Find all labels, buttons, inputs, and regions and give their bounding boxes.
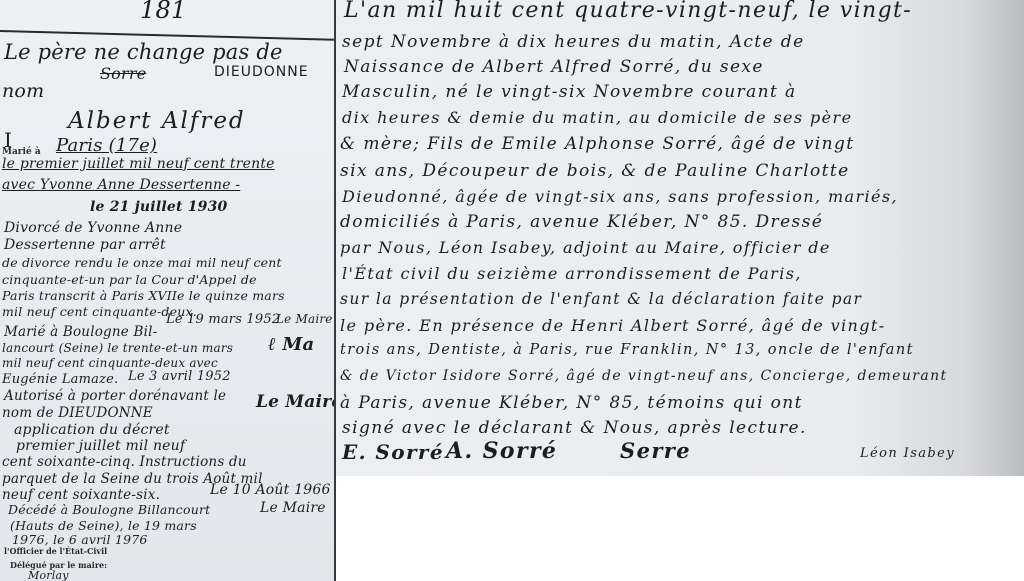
- record-line-10: l'État civil du seizième arrondissement …: [342, 264, 802, 283]
- birth-record-page: L'an mil huit cent quatre-vingt-neuf, le…: [336, 0, 1024, 476]
- record-line-14: & de Victor Isidore Sorré, âgé de vingt-…: [340, 368, 948, 384]
- header-rule: [0, 30, 334, 40]
- marie-place: Paris (17e): [56, 135, 157, 156]
- record-line-9: par Nous, Léon Isabey, adjoint au Maire,…: [340, 238, 831, 257]
- divorce-stamp-date: Le 19 mars 1952: [166, 312, 280, 327]
- record-line-0: L'an mil huit cent quatre-vingt-neuf, le…: [344, 0, 912, 23]
- signature-declarant: A. Sorré: [446, 438, 557, 464]
- record-line-13: trois ans, Dentiste, à Paris, rue Frankl…: [340, 342, 914, 358]
- margin-annotations-page: 181 Le père ne change pas de Sorre DIEUD…: [0, 0, 336, 581]
- record-line-7: Dieudonné, âgée de vingt-six ans, sans p…: [342, 187, 898, 206]
- death-annotation: Le Maire: [260, 500, 326, 516]
- divorce-annotation: Le Maire: [276, 312, 333, 326]
- new-surname: DIEUDONNE: [214, 64, 309, 80]
- record-line-5: & mère; Fils de Emile Alphonse Sorré, âg…: [340, 134, 855, 154]
- record-line-15: à Paris, avenue Kléber, N° 85, témoins q…: [340, 393, 803, 413]
- struck-surname: Sorre: [100, 64, 146, 83]
- authorization-line-0: Autorisé à porter dorénavant le: [4, 388, 226, 404]
- death-line-0: Décédé à Boulogne Billancourt: [8, 502, 210, 517]
- divorce-line-0: Divorcé de Yvonne Anne: [4, 220, 182, 236]
- margin-note-line2: nom: [2, 80, 44, 102]
- divorce-line-3: cinquante-et-un par la Cour d'Appel de: [2, 272, 257, 287]
- record-line-4: dix heures & demie du matin, au domicile…: [342, 108, 852, 127]
- record-line-8: domiciliés à Paris, avenue Kléber, N° 85…: [340, 212, 823, 232]
- marie-stamp-date: le 21 juillet 1930: [90, 199, 227, 215]
- marie-spouse: avec Yvonne Anne Dessertenne -: [2, 177, 240, 193]
- marie-date: le premier juillet mil neuf cent trente: [2, 156, 275, 172]
- record-line-3: Masculin, né le vingt-six Novembre coura…: [342, 82, 797, 102]
- authorization-line-6: neuf cent soixante-six.: [2, 487, 160, 503]
- record-line-16: signé avec le déclarant & Nous, après le…: [342, 418, 807, 438]
- authorization-line-3: premier juillet mil neuf: [16, 438, 185, 454]
- record-line-6: six ans, Découpeur de bois, & de Pauline…: [340, 161, 850, 181]
- signature-officer: Léon Isabey: [860, 446, 955, 461]
- death-line-2: 1976, le 6 avril 1976: [12, 532, 148, 547]
- record-line-1: sept Novembre à dix heures du matin, Act…: [342, 32, 805, 52]
- divorce-line-2: de divorce rendu le onze mai mil neuf ce…: [2, 255, 282, 270]
- record-line-11: sur la présentation de l'enfant & la déc…: [340, 290, 862, 308]
- authorization-line-4: cent soixante-cinq. Instructions du: [2, 454, 247, 470]
- given-names: Albert Alfred: [68, 108, 246, 134]
- record-line-12: le père. En présence de Henri Albert Sor…: [340, 316, 886, 335]
- record-line-2: Naissance de Albert Alfred Sorré, du sex…: [344, 57, 764, 77]
- remarriage-signature: ℓ Ma: [268, 334, 314, 355]
- remarriage-line-3: Eugénie Lamaze.: [2, 372, 118, 387]
- remarriage-line-1: lancourt (Seine) le trente-et-un mars: [2, 341, 233, 355]
- record-number: 181: [140, 0, 186, 24]
- authorization-stamp: Le Maire: [256, 392, 342, 412]
- authorization-line-2: application du décret: [14, 422, 170, 438]
- authorization-line-1: nom de DIEUDONNE: [2, 405, 153, 421]
- officer-signature: Morlay: [28, 569, 69, 581]
- death-line-1: (Hauts de Seine), le 19 mars: [10, 518, 197, 533]
- signature-witness-2: Serre: [620, 438, 691, 463]
- divorce-line-1: Dessertenne par arrêt: [4, 237, 166, 253]
- authorization-stamp-date: Le 10 Août 1966: [210, 482, 331, 498]
- remarriage-stamp-date: Le 3 avril 1952: [128, 369, 231, 384]
- signature-witness-1: E. Sorré: [342, 440, 444, 464]
- margin-note-line1: Le père ne change pas de: [4, 40, 283, 64]
- remarriage-line-2: mil neuf cent cinquante-deux avec: [2, 356, 218, 370]
- divorce-line-4: Paris transcrit à Paris XVIIe le quinze …: [2, 288, 285, 303]
- remarriage-line-0: Marié à Boulogne Bil-: [4, 324, 157, 340]
- printed-footer-officer: l'Officier de l'État-Civil: [4, 546, 107, 556]
